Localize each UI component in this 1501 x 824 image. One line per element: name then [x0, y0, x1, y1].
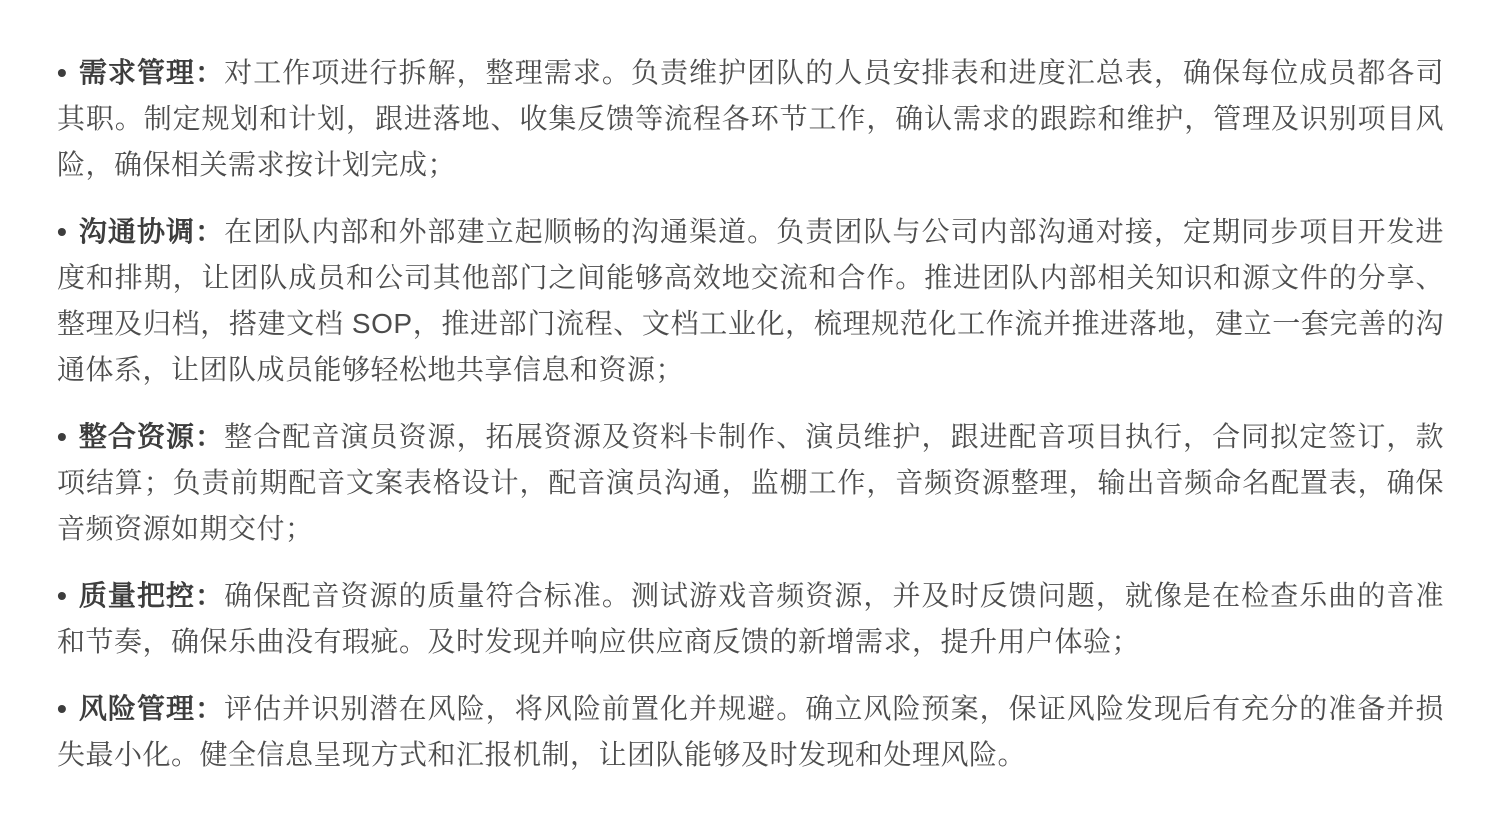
- list-item-label: 整合资源：: [78, 421, 224, 452]
- list-item-text: 对工作项进行拆解，整理需求。负责维护团队的人员安排表和进度汇总表，确保每位成员都…: [57, 57, 1444, 180]
- list-item-quality: •质量把控：确保配音资源的质量符合标准。测试游戏音频资源，并及时反馈问题，就像是…: [57, 573, 1444, 665]
- list-item-label: 需求管理：: [78, 57, 224, 88]
- list-item-text: 评估并识别潜在风险，将风险前置化并规避。确立风险预案，保证风险发现后有充分的准备…: [57, 693, 1444, 770]
- list-item-text: 在团队内部和外部建立起顺畅的沟通渠道。负责团队与公司内部沟通对接，定期同步项目开…: [57, 216, 1444, 385]
- list-item-text: 整合配音演员资源，拓展资源及资料卡制作、演员维护，跟进配音项目执行，合同拟定签订…: [57, 421, 1444, 544]
- list-item-requirements: •需求管理：对工作项进行拆解，整理需求。负责维护团队的人员安排表和进度汇总表，确…: [57, 50, 1444, 188]
- list-item-label: 沟通协调：: [78, 216, 224, 247]
- bullet-icon: •: [57, 686, 67, 732]
- bullet-icon: •: [57, 414, 67, 460]
- bullet-icon: •: [57, 573, 67, 619]
- list-item-label: 风险管理：: [78, 693, 224, 724]
- list-item-risk: •风险管理：评估并识别潜在风险，将风险前置化并规避。确立风险预案，保证风险发现后…: [57, 686, 1444, 778]
- document-body: •需求管理：对工作项进行拆解，整理需求。负责维护团队的人员安排表和进度汇总表，确…: [0, 0, 1501, 778]
- list-item-text: 确保配音资源的质量符合标准。测试游戏音频资源，并及时反馈问题，就像是在检查乐曲的…: [57, 580, 1444, 657]
- bullet-icon: •: [57, 209, 67, 255]
- list-item-communication: •沟通协调：在团队内部和外部建立起顺畅的沟通渠道。负责团队与公司内部沟通对接，定…: [57, 209, 1444, 393]
- list-item-resources: •整合资源：整合配音演员资源，拓展资源及资料卡制作、演员维护，跟进配音项目执行，…: [57, 414, 1444, 552]
- bullet-icon: •: [57, 50, 67, 96]
- list-item-label: 质量把控：: [78, 580, 224, 611]
